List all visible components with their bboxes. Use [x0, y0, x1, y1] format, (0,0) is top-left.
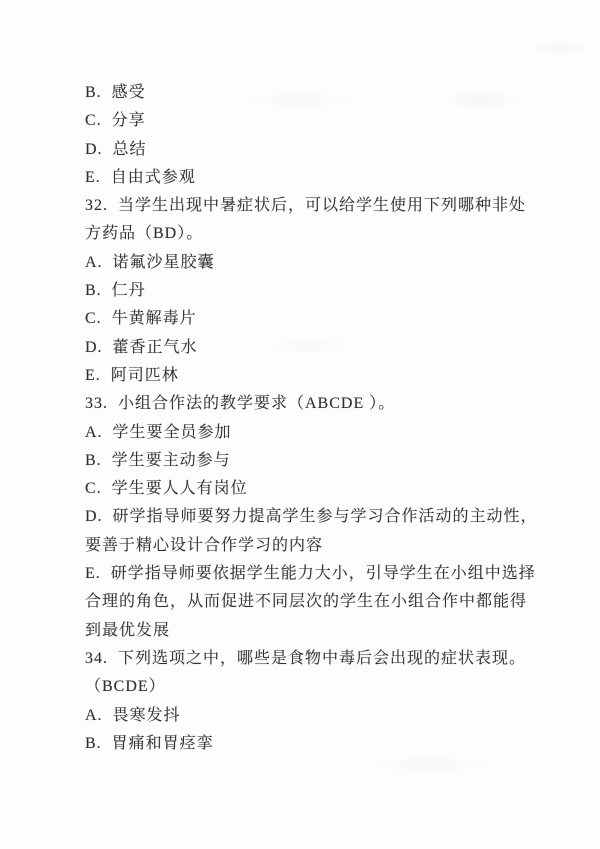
continuation-line: 方药品（BD）。: [85, 220, 521, 248]
option-line: C. 学生要人人有岗位: [85, 475, 521, 503]
option-line: A. 诺氟沙星胶囊: [85, 249, 521, 277]
option-line: C. 分享: [85, 107, 521, 135]
option-line: B. 胃痛和胃痉挛: [85, 730, 521, 758]
continuation-line: 要善于精心设计合作学习的内容: [85, 532, 521, 560]
option-line: E. 研学指导师要依据学生能力大小，引导学生在小组中选择: [85, 560, 521, 588]
continuation-line: 到最优发展: [85, 617, 521, 645]
document-page: B. 感受 C. 分享 D. 总结 E. 自由式参观 32. 当学生出现中暑症状…: [0, 0, 600, 849]
option-line: D. 研学指导师要努力提高学生参与学习合作活动的主动性，: [85, 503, 521, 531]
option-line: D. 藿香正气水: [85, 334, 521, 362]
option-line: B. 仁丹: [85, 277, 521, 305]
option-line: E. 阿司匹林: [85, 362, 521, 390]
option-line: A. 畏寒发抖: [85, 702, 521, 730]
option-line: A. 学生要全员参加: [85, 419, 521, 447]
question-line: 34. 下列选项之中，哪些是食物中毒后会出现的症状表现。: [85, 645, 521, 673]
continuation-line: 合理的角色，从而促进不同层次的学生在小组合作中都能得: [85, 588, 521, 616]
continuation-line: （BCDE）: [85, 673, 521, 701]
document-content: B. 感受 C. 分享 D. 总结 E. 自由式参观 32. 当学生出现中暑症状…: [85, 79, 521, 758]
option-line: D. 总结: [85, 136, 521, 164]
option-line: E. 自由式参观: [85, 164, 521, 192]
option-line: B. 感受: [85, 79, 521, 107]
option-line: C. 牛黄解毒片: [85, 305, 521, 333]
question-line: 33. 小组合作法的教学要求（ABCDE ）。: [85, 390, 521, 418]
option-line: B. 学生要主动参与: [85, 447, 521, 475]
question-line: 32. 当学生出现中暑症状后，可以给学生使用下列哪种非处: [85, 192, 521, 220]
